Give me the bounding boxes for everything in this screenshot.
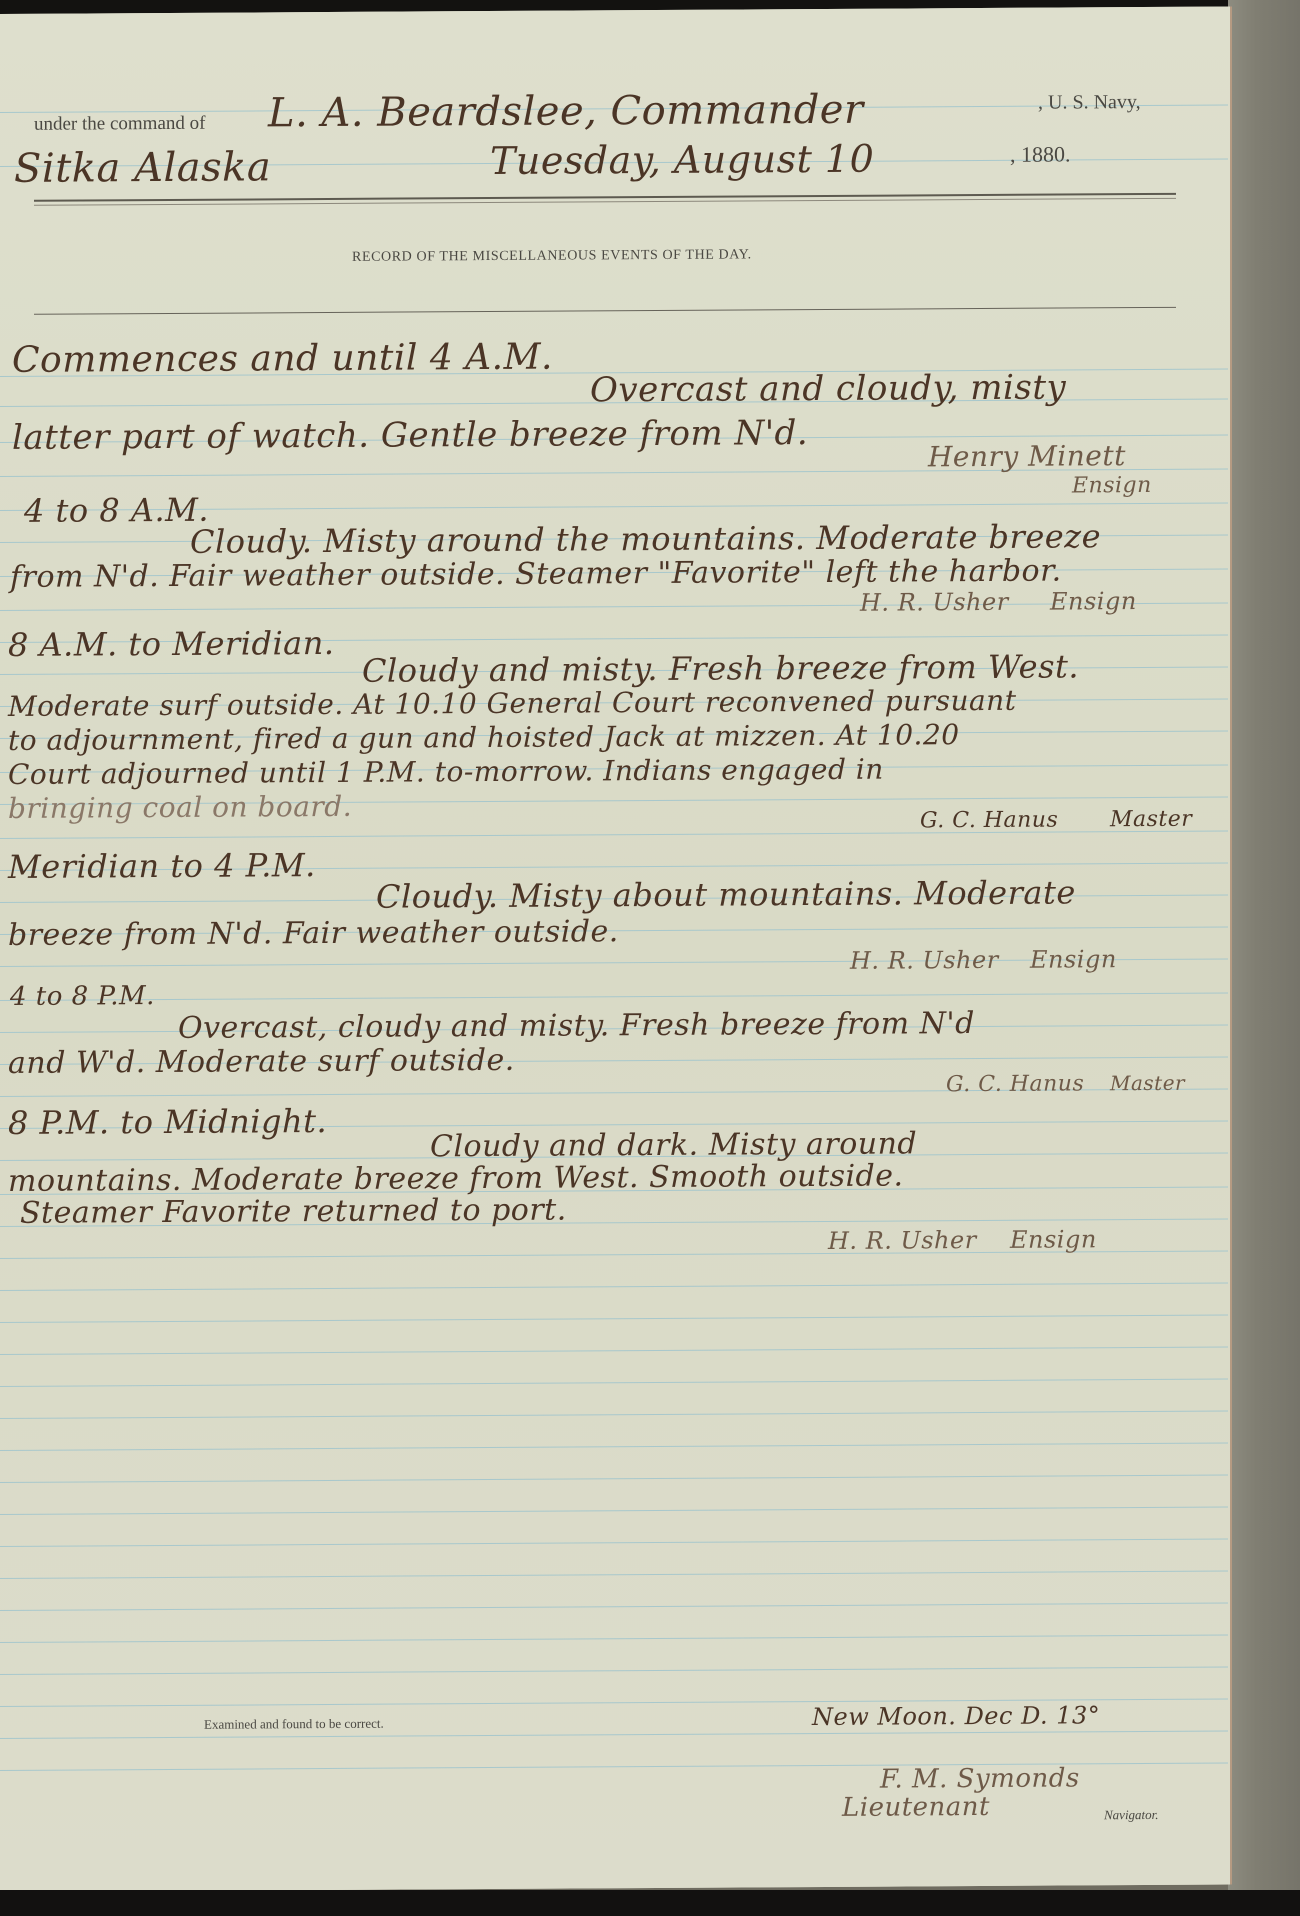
navy-suffix: , U. S. Navy, bbox=[1038, 91, 1141, 115]
log-date: Tuesday, August 10 bbox=[490, 137, 874, 183]
watch-text-line: Steamer Favorite returned to port. bbox=[20, 1193, 567, 1231]
commander-name: L. A. Beardslee, Commander bbox=[268, 87, 864, 137]
officer-signature: H. R. Usher bbox=[860, 588, 1009, 617]
command-prefix: under the command of bbox=[34, 113, 205, 136]
watch-period: 4 to 8 P.M. bbox=[10, 981, 155, 1012]
officer-signature: H. R. Usher bbox=[850, 946, 999, 975]
officer-signature: H. R. Usher bbox=[828, 1226, 977, 1255]
watch-period: Commences and until 4 A.M. bbox=[12, 337, 553, 381]
watch-text-line: breeze from N'd. Fair weather outside. bbox=[8, 914, 619, 953]
watch-text-line: Moderate surf outside. At 10.10 General … bbox=[8, 684, 1016, 723]
moon-note: New Moon. Dec D. 13° bbox=[812, 1701, 1100, 1731]
watch-text-line: latter part of watch. Gentle breeze from… bbox=[12, 413, 808, 458]
watch-period: 8 A.M. to Meridian. bbox=[8, 624, 335, 664]
log-year: , 1880. bbox=[1010, 141, 1071, 167]
officer-rank: Ensign bbox=[1010, 1225, 1097, 1254]
officer-signature: Henry Minett bbox=[928, 439, 1126, 473]
officer-rank: Ensign bbox=[1050, 587, 1137, 616]
watch-text-line: Cloudy. Misty about mountains. Moderate bbox=[376, 873, 1076, 915]
watch-text-line: bringing coal on board. bbox=[8, 790, 352, 825]
watch-text-line: Overcast, cloudy and misty. Fresh breeze… bbox=[178, 1006, 975, 1046]
watch-text-line: and W'd. Moderate surf outside. bbox=[8, 1043, 515, 1081]
watch-period: Meridian to 4 P.M. bbox=[8, 846, 316, 886]
watch-period: 4 to 8 A.M. bbox=[24, 491, 209, 530]
logbook-page: under the command of L. A. Beardslee, Co… bbox=[0, 6, 1232, 1892]
officer-rank: Ensign bbox=[1030, 945, 1117, 974]
navigator-label: Navigator. bbox=[1104, 1807, 1159, 1823]
officer-rank: Master bbox=[1110, 807, 1192, 833]
header-double-rule bbox=[34, 193, 1176, 206]
section-title: RECORD OF THE MISCELLANEOUS EVENTS OF TH… bbox=[352, 247, 752, 265]
section-rule bbox=[34, 307, 1176, 315]
backing-board bbox=[1228, 0, 1300, 1916]
officer-signature: G. C. Hanus bbox=[920, 808, 1058, 834]
watch-period: 8 P.M. to Midnight. bbox=[8, 1102, 327, 1142]
scan-bottom-edge bbox=[0, 1890, 1300, 1916]
officer-signature: G. C. Hanus bbox=[946, 1071, 1084, 1097]
navigator-rank: Lieutenant bbox=[842, 1792, 990, 1823]
officer-rank: Ensign bbox=[1072, 473, 1152, 498]
watch-text-line: Overcast and cloudy, misty bbox=[590, 367, 1066, 410]
watch-text-line: Court adjourned until 1 P.M. to-morrow. … bbox=[8, 753, 884, 791]
officer-rank: Master bbox=[1110, 1071, 1185, 1095]
watch-text-line: to adjournment, fired a gun and hoisted … bbox=[8, 718, 960, 757]
examined-statement: Examined and found to be correct. bbox=[204, 1716, 384, 1733]
location: Sitka Alaska bbox=[14, 144, 271, 192]
navigator-signature: F. M. Symonds bbox=[880, 1763, 1080, 1794]
